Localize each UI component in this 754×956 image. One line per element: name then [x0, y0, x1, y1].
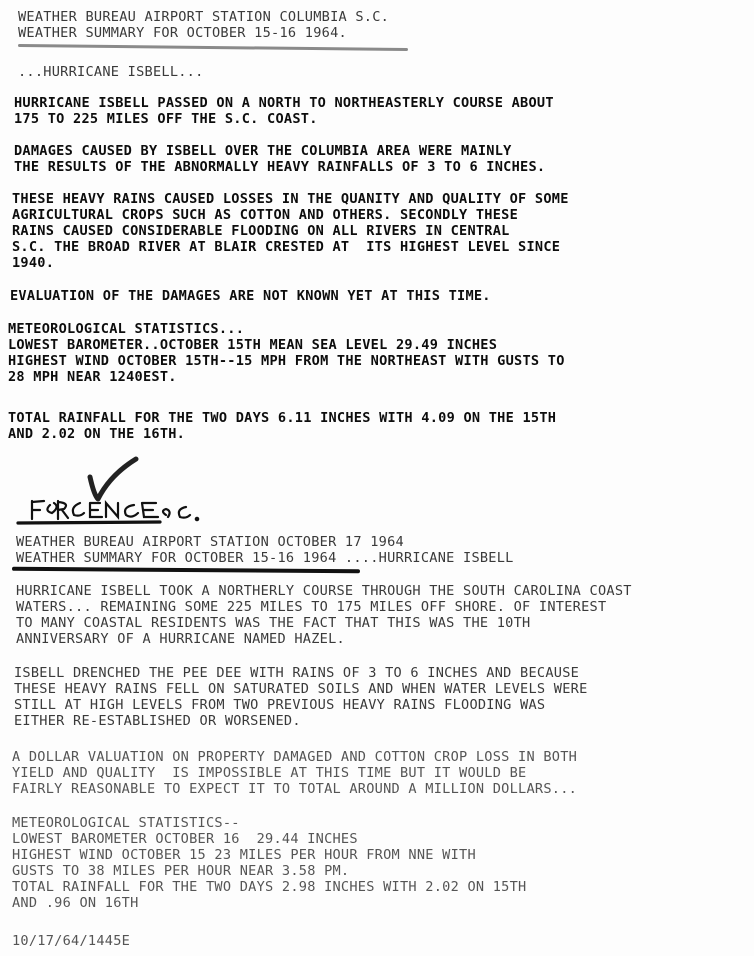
florence-para2-line: STILL AT HIGH LEVELS FROM TWO PREVIOUS H…: [14, 697, 545, 713]
document-page: WEATHER BUREAU AIRPORT STATION COLUMBIA …: [0, 0, 754, 956]
florence-para3-line: FAIRLY REASONABLE TO EXPECT IT TO TOTAL …: [12, 781, 577, 797]
pen-underline: [12, 567, 360, 573]
columbia-para3-line: THESE HEAVY RAINS CAUSED LOSSES IN THE Q…: [12, 191, 569, 207]
columbia-para3-line: S.C. THE BROAD RIVER AT BLAIR CRESTED AT…: [12, 239, 560, 255]
columbia-para4-line: EVALUATION OF THE DAMAGES ARE NOT KNOWN …: [10, 288, 491, 304]
florence-stats-line: LOWEST BAROMETER OCTOBER 16 29.44 INCHES: [12, 831, 358, 847]
columbia-stats-line: 28 MPH NEAR 1240EST.: [8, 369, 177, 385]
florence-header-line-1: WEATHER BUREAU AIRPORT STATION OCTOBER 1…: [16, 534, 404, 550]
pen-underline: [18, 44, 408, 51]
florence-stats-line: TOTAL RAINFALL FOR THE TWO DAYS 2.98 INC…: [12, 879, 526, 895]
columbia-header-line-2: WEATHER SUMMARY FOR OCTOBER 15-16 1964.: [18, 25, 347, 41]
columbia-para1-line: HURRICANE ISBELL PASSED ON A NORTH TO NO…: [14, 95, 554, 111]
columbia-para3-line: RAINS CAUSED CONSIDERABLE FLOODING ON AL…: [12, 223, 510, 239]
florence-stats-line: METEOROLOGICAL STATISTICS--: [12, 815, 240, 831]
columbia-stats-line: LOWEST BAROMETER..OCTOBER 15TH MEAN SEA …: [8, 337, 497, 353]
check-mark-icon: [90, 459, 136, 499]
columbia-stats-line: HIGHEST WIND OCTOBER 15TH--15 MPH FROM T…: [8, 353, 565, 369]
handwritten-florence-label: [10, 455, 250, 530]
florence-para1-line: HURRICANE ISBELL TOOK A NORTHERLY COURSE…: [16, 583, 632, 599]
florence-header-line-2: WEATHER SUMMARY FOR OCTOBER 15-16 1964 .…: [16, 550, 514, 566]
columbia-rainfall-line: TOTAL RAINFALL FOR THE TWO DAYS 6.11 INC…: [8, 410, 556, 426]
florence-para2-line: ISBELL DRENCHED THE PEE DEE WITH RAINS O…: [14, 665, 579, 681]
florence-para3-line: A DOLLAR VALUATION ON PROPERTY DAMAGED A…: [12, 749, 577, 765]
florence-stats-line: AND .96 ON 16TH: [12, 895, 139, 911]
columbia-storm-title: ...HURRICANE ISBELL...: [18, 64, 204, 80]
florence-para2-line: EITHER RE-ESTABLISHED OR WORSENED.: [14, 713, 301, 729]
columbia-para3-line: 1940.: [12, 255, 54, 271]
columbia-rainfall-line: AND 2.02 ON THE 16TH.: [8, 426, 185, 442]
florence-para1-line: TO MANY COASTAL RESIDENTS WAS THE FACT T…: [16, 615, 530, 631]
florence-para1-line: WATERS... REMAINING SOME 225 MILES TO 17…: [16, 599, 606, 615]
florence-stats-line: GUSTS TO 38 MILES PER HOUR NEAR 3.58 PM.: [12, 863, 349, 879]
columbia-para1-line: 175 TO 225 MILES OFF THE S.C. COAST.: [14, 111, 318, 127]
columbia-para2-line: DAMAGES CAUSED BY ISBELL OVER THE COLUMB…: [14, 143, 512, 159]
transmission-timestamp: 10/17/64/1445E: [12, 933, 130, 949]
florence-para3-line: YIELD AND QUALITY IS IMPOSSIBLE AT THIS …: [12, 765, 526, 781]
columbia-stats-line: METEOROLOGICAL STATISTICS...: [8, 321, 244, 337]
florence-stats-line: HIGHEST WIND OCTOBER 15 23 MILES PER HOU…: [12, 847, 476, 863]
florence-para1-line: ANNIVERSARY OF A HURRICANE NAMED HAZEL.: [16, 631, 345, 647]
columbia-para2-line: THE RESULTS OF THE ABNORMALLY HEAVY RAIN…: [14, 159, 545, 175]
columbia-header-line-1: WEATHER BUREAU AIRPORT STATION COLUMBIA …: [18, 9, 389, 25]
florence-para2-line: THESE HEAVY RAINS FELL ON SATURATED SOIL…: [14, 681, 588, 697]
columbia-para3-line: AGRICULTURAL CROPS SUCH AS COTTON AND OT…: [12, 207, 518, 223]
